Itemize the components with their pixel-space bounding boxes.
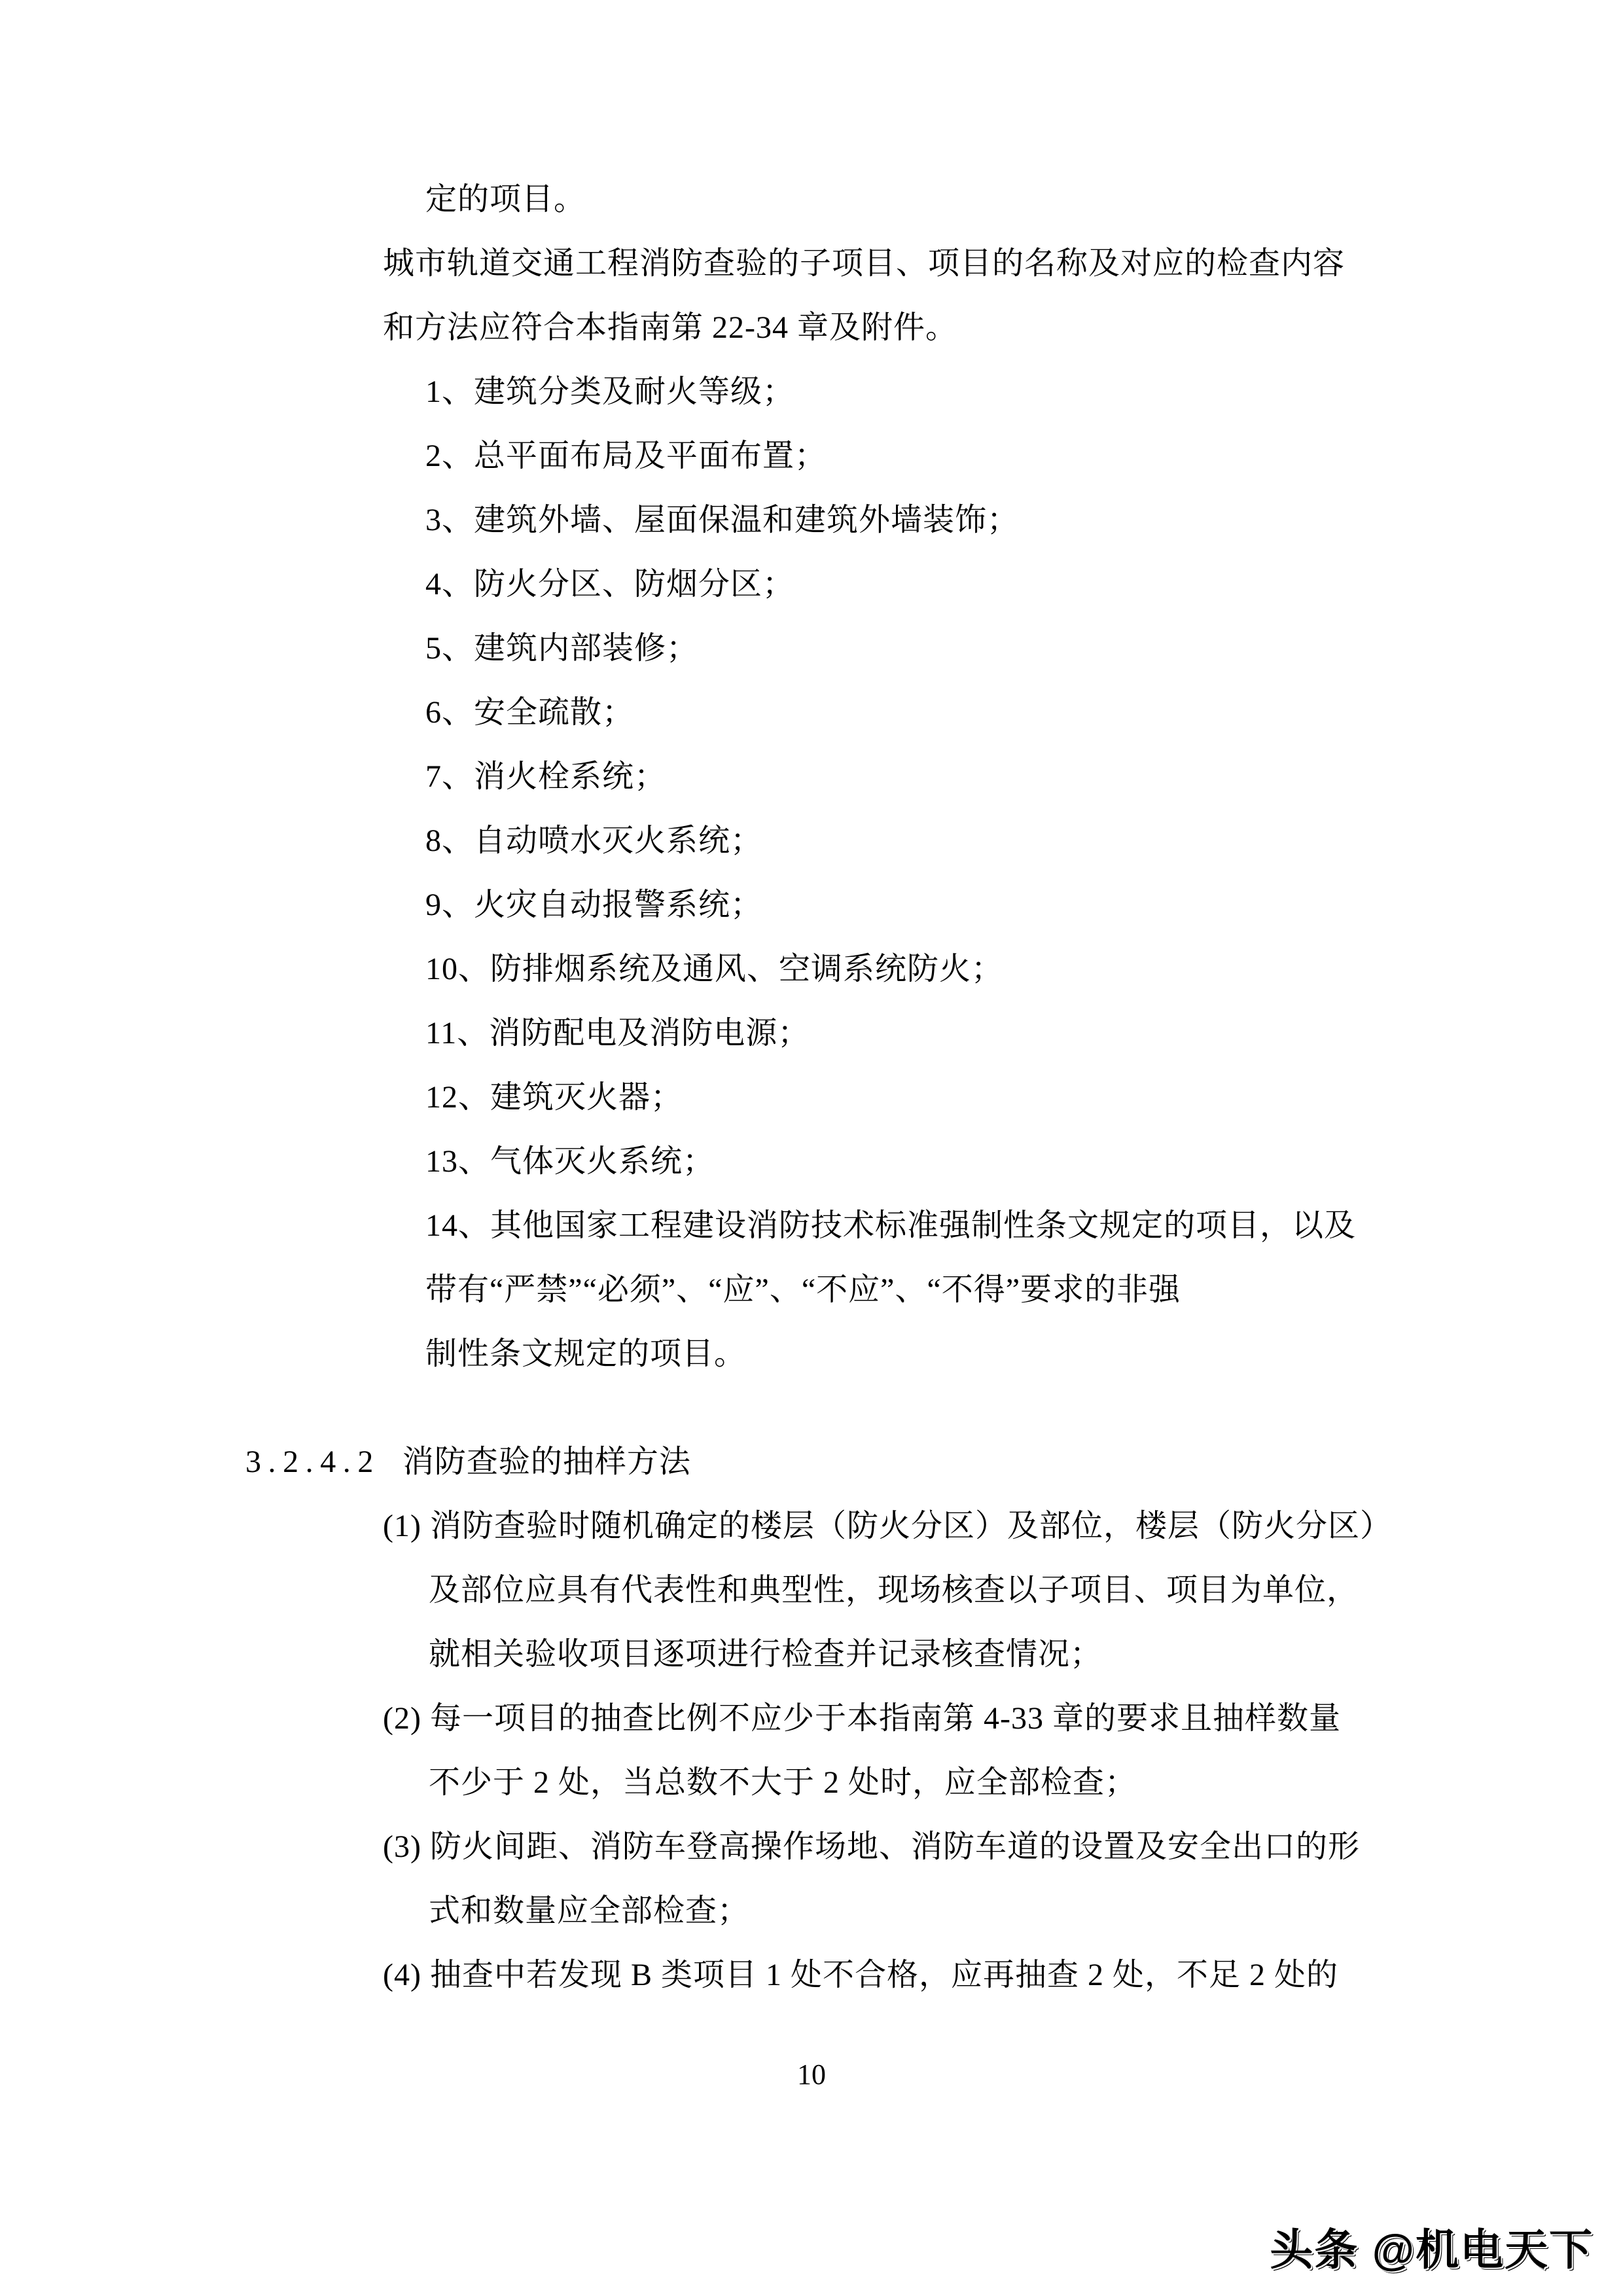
watermark: 头条 @机电天下	[1270, 2217, 1594, 2282]
text-line: 式和数量应全部检查；	[0, 1879, 1623, 1943]
text-line: 带有“严禁”“必须”、“应”、“不应”、“不得”要求的非强	[0, 1258, 1623, 1322]
text-line: 6、安全疏散；	[0, 681, 1623, 745]
text-line: 5、建筑内部装修；	[0, 617, 1623, 681]
line-text: (4) 抽查中若发现 B 类项目 1 处不合格，应再抽查 2 处，不足 2 处的	[383, 1958, 1338, 1992]
line-text: 就相关验收项目逐项进行检查并记录核查情况；	[429, 1637, 1102, 1672]
line-text: 14、其他国家工程建设消防技术标准强制性条文规定的项目，以及	[425, 1208, 1356, 1243]
text-line: (1) 消防查验时随机确定的楼层（防火分区）及部位，楼层（防火分区）	[0, 1494, 1623, 1558]
text-line: 7、消火栓系统；	[0, 745, 1623, 809]
line-text: 5、建筑内部装修；	[425, 631, 698, 666]
text-line: 14、其他国家工程建设消防技术标准强制性条文规定的项目，以及	[0, 1194, 1623, 1258]
text-line: 1、建筑分类及耐火等级；	[0, 360, 1623, 424]
line-text: 8、自动喷水灭火系统；	[425, 823, 762, 858]
line-text: 2、总平面布局及平面布置；	[425, 439, 827, 473]
line-text: (3) 防火间距、消防车登高操作场地、消防车道的设置及安全出口的形	[383, 1829, 1360, 1864]
line-text: 6、安全疏散；	[425, 695, 634, 730]
text-line: 定的项目。	[0, 168, 1623, 232]
text-line: 城市轨道交通工程消防查验的子项目、项目的名称及对应的检查内容	[0, 232, 1623, 296]
line-text: 制性条文规定的项目。	[425, 1336, 746, 1371]
line-text: 定的项目。	[425, 182, 586, 217]
line-text: 不少于 2 处，当总数不大于 2 处时，应全部检查；	[429, 1765, 1137, 1800]
line-text: 及部位应具有代表性和典型性，现场核查以子项目、项目为单位，	[429, 1573, 1359, 1607]
line-text: 式和数量应全部检查；	[429, 1893, 749, 1928]
text-line: 9、火灾自动报警系统；	[0, 873, 1623, 937]
text-line: 13、气体灭火系统；	[0, 1130, 1623, 1194]
document-body: 定的项目。城市轨道交通工程消防查验的子项目、项目的名称及对应的检查内容和方法应符…	[0, 168, 1623, 2007]
line-text: 13、气体灭火系统；	[425, 1144, 715, 1179]
line-text: (2) 每一项目的抽查比例不应少于本指南第 4-33 章的要求且抽样数量	[383, 1701, 1341, 1736]
line-text: (1) 消防查验时随机确定的楼层（防火分区）及部位，楼层（防火分区）	[383, 1509, 1392, 1543]
text-line: (2) 每一项目的抽查比例不应少于本指南第 4-33 章的要求且抽样数量	[0, 1687, 1623, 1751]
line-text: 4、防火分区、防烟分区；	[425, 567, 794, 601]
document-page: 定的项目。城市轨道交通工程消防查验的子项目、项目的名称及对应的检查内容和方法应符…	[0, 0, 1623, 2296]
text-line: 不少于 2 处，当总数不大于 2 处时，应全部检查；	[0, 1751, 1623, 1815]
text-line: 10、防排烟系统及通风、空调系统防火；	[0, 937, 1623, 1001]
text-line: 11、消防配电及消防电源；	[0, 1001, 1623, 1066]
line-text: 7、消火栓系统；	[425, 759, 666, 794]
text-line: (4) 抽查中若发现 B 类项目 1 处不合格，应再抽查 2 处，不足 2 处的	[0, 1943, 1623, 2007]
line-text: 城市轨道交通工程消防查验的子项目、项目的名称及对应的检查内容	[383, 246, 1345, 281]
line-text: 9、火灾自动报警系统；	[425, 888, 762, 922]
text-line: 及部位应具有代表性和典型性，现场核查以子项目、项目为单位，	[0, 1558, 1623, 1623]
line-text: 12、建筑灭火器；	[425, 1080, 683, 1115]
text-line: 4、防火分区、防烟分区；	[0, 552, 1623, 617]
text-line: 12、建筑灭火器；	[0, 1066, 1623, 1130]
text-line: 3、建筑外墙、屋面保温和建筑外墙装饰；	[0, 488, 1623, 552]
section-title: 消防查验的抽样方法	[402, 1444, 691, 1479]
text-line: 和方法应符合本指南第 22-34 章及附件。	[0, 296, 1623, 360]
line-text: 1、建筑分类及耐火等级；	[425, 374, 794, 409]
text-line: 就相关验收项目逐项进行检查并记录核查情况；	[0, 1623, 1623, 1687]
line-text: 11、消防配电及消防电源；	[425, 1016, 810, 1050]
text-line: 2、总平面布局及平面布置；	[0, 424, 1623, 488]
line-text: 3、建筑外墙、屋面保温和建筑外墙装饰；	[425, 503, 1019, 537]
section-heading: 3.2.4.2消防查验的抽样方法	[0, 1430, 1623, 1494]
text-line: 制性条文规定的项目。	[0, 1322, 1623, 1386]
text-line: (3) 防火间距、消防车登高操作场地、消防车道的设置及安全出口的形	[0, 1815, 1623, 1879]
line-text: 和方法应符合本指南第 22-34 章及附件。	[383, 310, 957, 345]
text-line: 8、自动喷水灭火系统；	[0, 809, 1623, 873]
section-number: 3.2.4.2	[245, 1444, 380, 1479]
line-text: 10、防排烟系统及通风、空调系统防火；	[425, 952, 1003, 986]
page-number: 10	[0, 2055, 1623, 2094]
line-text: 带有“严禁”“必须”、“应”、“不应”、“不得”要求的非强	[425, 1272, 1181, 1307]
